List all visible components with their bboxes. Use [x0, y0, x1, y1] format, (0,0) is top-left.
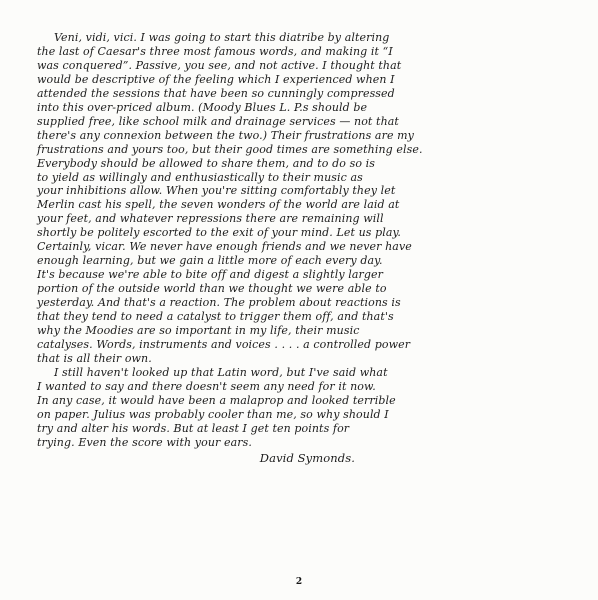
letter-line: frustrations and yours too, but their go… [37, 143, 403, 157]
letter-line: to yield as willingly and enthusiastical… [37, 171, 403, 185]
letter-line: Certainly, vicar. We never have enough f… [37, 240, 403, 254]
letter-line: that is all their own. [37, 352, 403, 366]
letter-line: Veni, vidi, vici. I was going to start t… [37, 31, 403, 45]
letter-line: yesterday. And that's a reaction. The pr… [37, 296, 403, 310]
letter-line: your inhibitions allow. When you're sitt… [37, 184, 403, 198]
letter-line: supplied free, like school milk and drai… [37, 115, 403, 129]
letter-line: into this over-priced album. (Moody Blue… [37, 101, 403, 115]
letter-line: I wanted to say and there doesn't seem a… [37, 380, 403, 394]
letter-line: shortly be politely escorted to the exit… [37, 226, 403, 240]
letter-line: enough learning, but we gain a little mo… [37, 254, 403, 268]
letter-line: your feet, and whatever repressions ther… [37, 212, 403, 226]
letter-line: trying. Even the score with your ears. [37, 436, 403, 450]
letter-line: catalyses. Words, instruments and voices… [37, 338, 403, 352]
letter-line: there's any connexion between the two.) … [37, 129, 403, 143]
letter-line: Everybody should be allowed to share the… [37, 157, 403, 171]
letter-lines: Veni, vidi, vici. I was going to start t… [37, 31, 403, 450]
letter-line: I still haven't looked up that Latin wor… [37, 366, 403, 380]
letter-line: why the Moodies are so important in my l… [37, 324, 403, 338]
letter-line: It's because we're able to bite off and … [37, 268, 403, 282]
letter-line: would be descriptive of the feeling whic… [37, 73, 403, 87]
letter-line: that they tend to need a catalyst to tri… [37, 310, 403, 324]
page-number: 2 [0, 577, 598, 587]
letter-line: In any case, it would have been a malapr… [37, 394, 403, 408]
letter-line: portion of the outside world than we tho… [37, 282, 403, 296]
signature: David Symonds. [37, 451, 403, 465]
letter-line: was conquered”. Passive, you see, and no… [37, 59, 403, 73]
letter-line: the last of Caesar's three most famous w… [37, 45, 403, 59]
letter-line: attended the sessions that have been so … [37, 87, 403, 101]
letter-line: try and alter his words. But at least I … [37, 422, 403, 436]
letter-line: Merlin cast his spell, the seven wonders… [37, 198, 403, 212]
scanned-liner-notes-page: Veni, vidi, vici. I was going to start t… [0, 0, 598, 600]
letter-line: on paper. Julius was probably cooler tha… [37, 408, 403, 422]
letter-body: Veni, vidi, vici. I was going to start t… [37, 31, 403, 465]
